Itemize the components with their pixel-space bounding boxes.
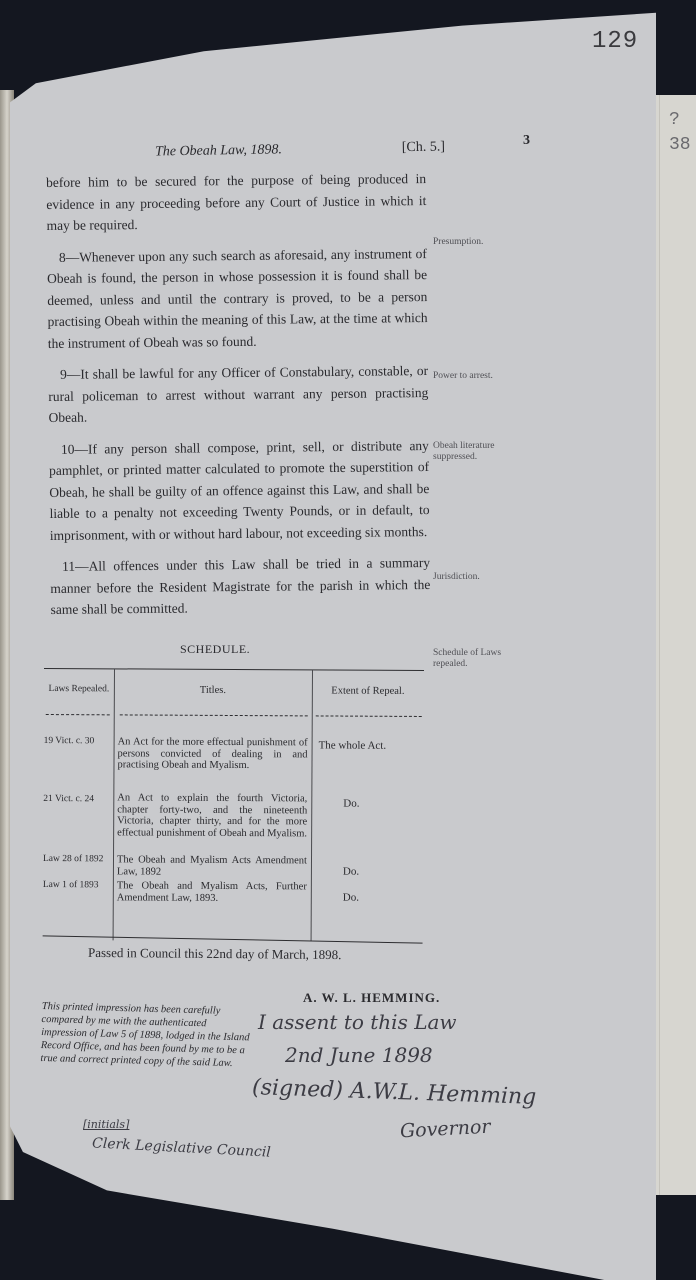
margin-note-presumption: Presumption. [433, 237, 533, 248]
schedule-title: SCHEDULE. [180, 642, 250, 657]
row-4-title: The Obeah and Myalism Acts, Further Amen… [117, 880, 307, 904]
page-number: 129 [592, 28, 638, 55]
sheet-number: 3 [523, 133, 530, 149]
row-2-title: An Act to explain the fourth Victoria, c… [117, 792, 307, 839]
section-8: 8—Whenever upon any such search as afore… [47, 243, 428, 354]
passed-in-council: Passed in Council this 22nd day of March… [88, 945, 342, 963]
handwritten-assent: I assent to this Law [258, 1010, 457, 1034]
row-3-law: Law 28 of 1892 [43, 854, 113, 864]
row-1-title: An Act for the more effectual punishment… [117, 736, 307, 771]
schedule-table: Laws Repealed. Titles. Extent of Repeal.… [43, 668, 424, 942]
header-rule [316, 715, 422, 718]
header-laws-repealed: Laws Repealed. [44, 684, 114, 694]
row-2-extent: Do. [343, 798, 443, 811]
row-1-law: 19 Vict. c. 30 [44, 736, 114, 746]
handwritten-date: 2nd June 1898 [285, 1043, 433, 1067]
running-title: The Obeah Law, 1898. [155, 142, 282, 160]
column-divider [311, 669, 313, 941]
row-4-law: Law 1 of 1893 [43, 880, 113, 890]
continuation-paragraph: before him to be secured for the purpose… [46, 168, 427, 236]
clerk-initials: [initials] [83, 1118, 129, 1131]
row-2-law: 21 Vict. c. 24 [43, 794, 113, 804]
back-page-mark: 38 [669, 135, 691, 155]
row-1-extent: The whole Act. [319, 739, 419, 752]
row-4-extent: Do. [343, 892, 443, 905]
header-titles: Titles. [114, 684, 312, 696]
page-edge-line [659, 95, 660, 1195]
row-3-extent: Do. [343, 866, 443, 879]
margin-note-schedule: Schedule of Laws repealed. [433, 648, 533, 670]
margin-note-power-to-arrest: Power to arrest. [433, 371, 533, 382]
margin-note-literature: Obeah literature suppressed. [433, 441, 533, 463]
signatory-name: A. W. L. HEMMING. [303, 990, 440, 1006]
back-page-mark: ? [669, 110, 680, 130]
header-rule [120, 714, 308, 717]
section-10: 10—If any person shall compose, print, s… [49, 435, 430, 546]
certificate-text: This printed impression has been careful… [40, 1000, 252, 1070]
row-3-title: The Obeah and Myalism Acts Amendment Law… [117, 854, 307, 878]
chapter-label: [Ch. 5.] [402, 139, 445, 156]
header-extent: Extent of Repeal. [312, 685, 424, 697]
section-9: 9—It shall be lawful for any Officer of … [48, 360, 429, 428]
section-11: 11—All offences under this Law shall be … [50, 552, 431, 620]
law-body: before him to be secured for the purpose… [46, 168, 431, 630]
header-rule [46, 714, 110, 716]
margin-note-jurisdiction: Jurisdiction. [433, 572, 533, 583]
